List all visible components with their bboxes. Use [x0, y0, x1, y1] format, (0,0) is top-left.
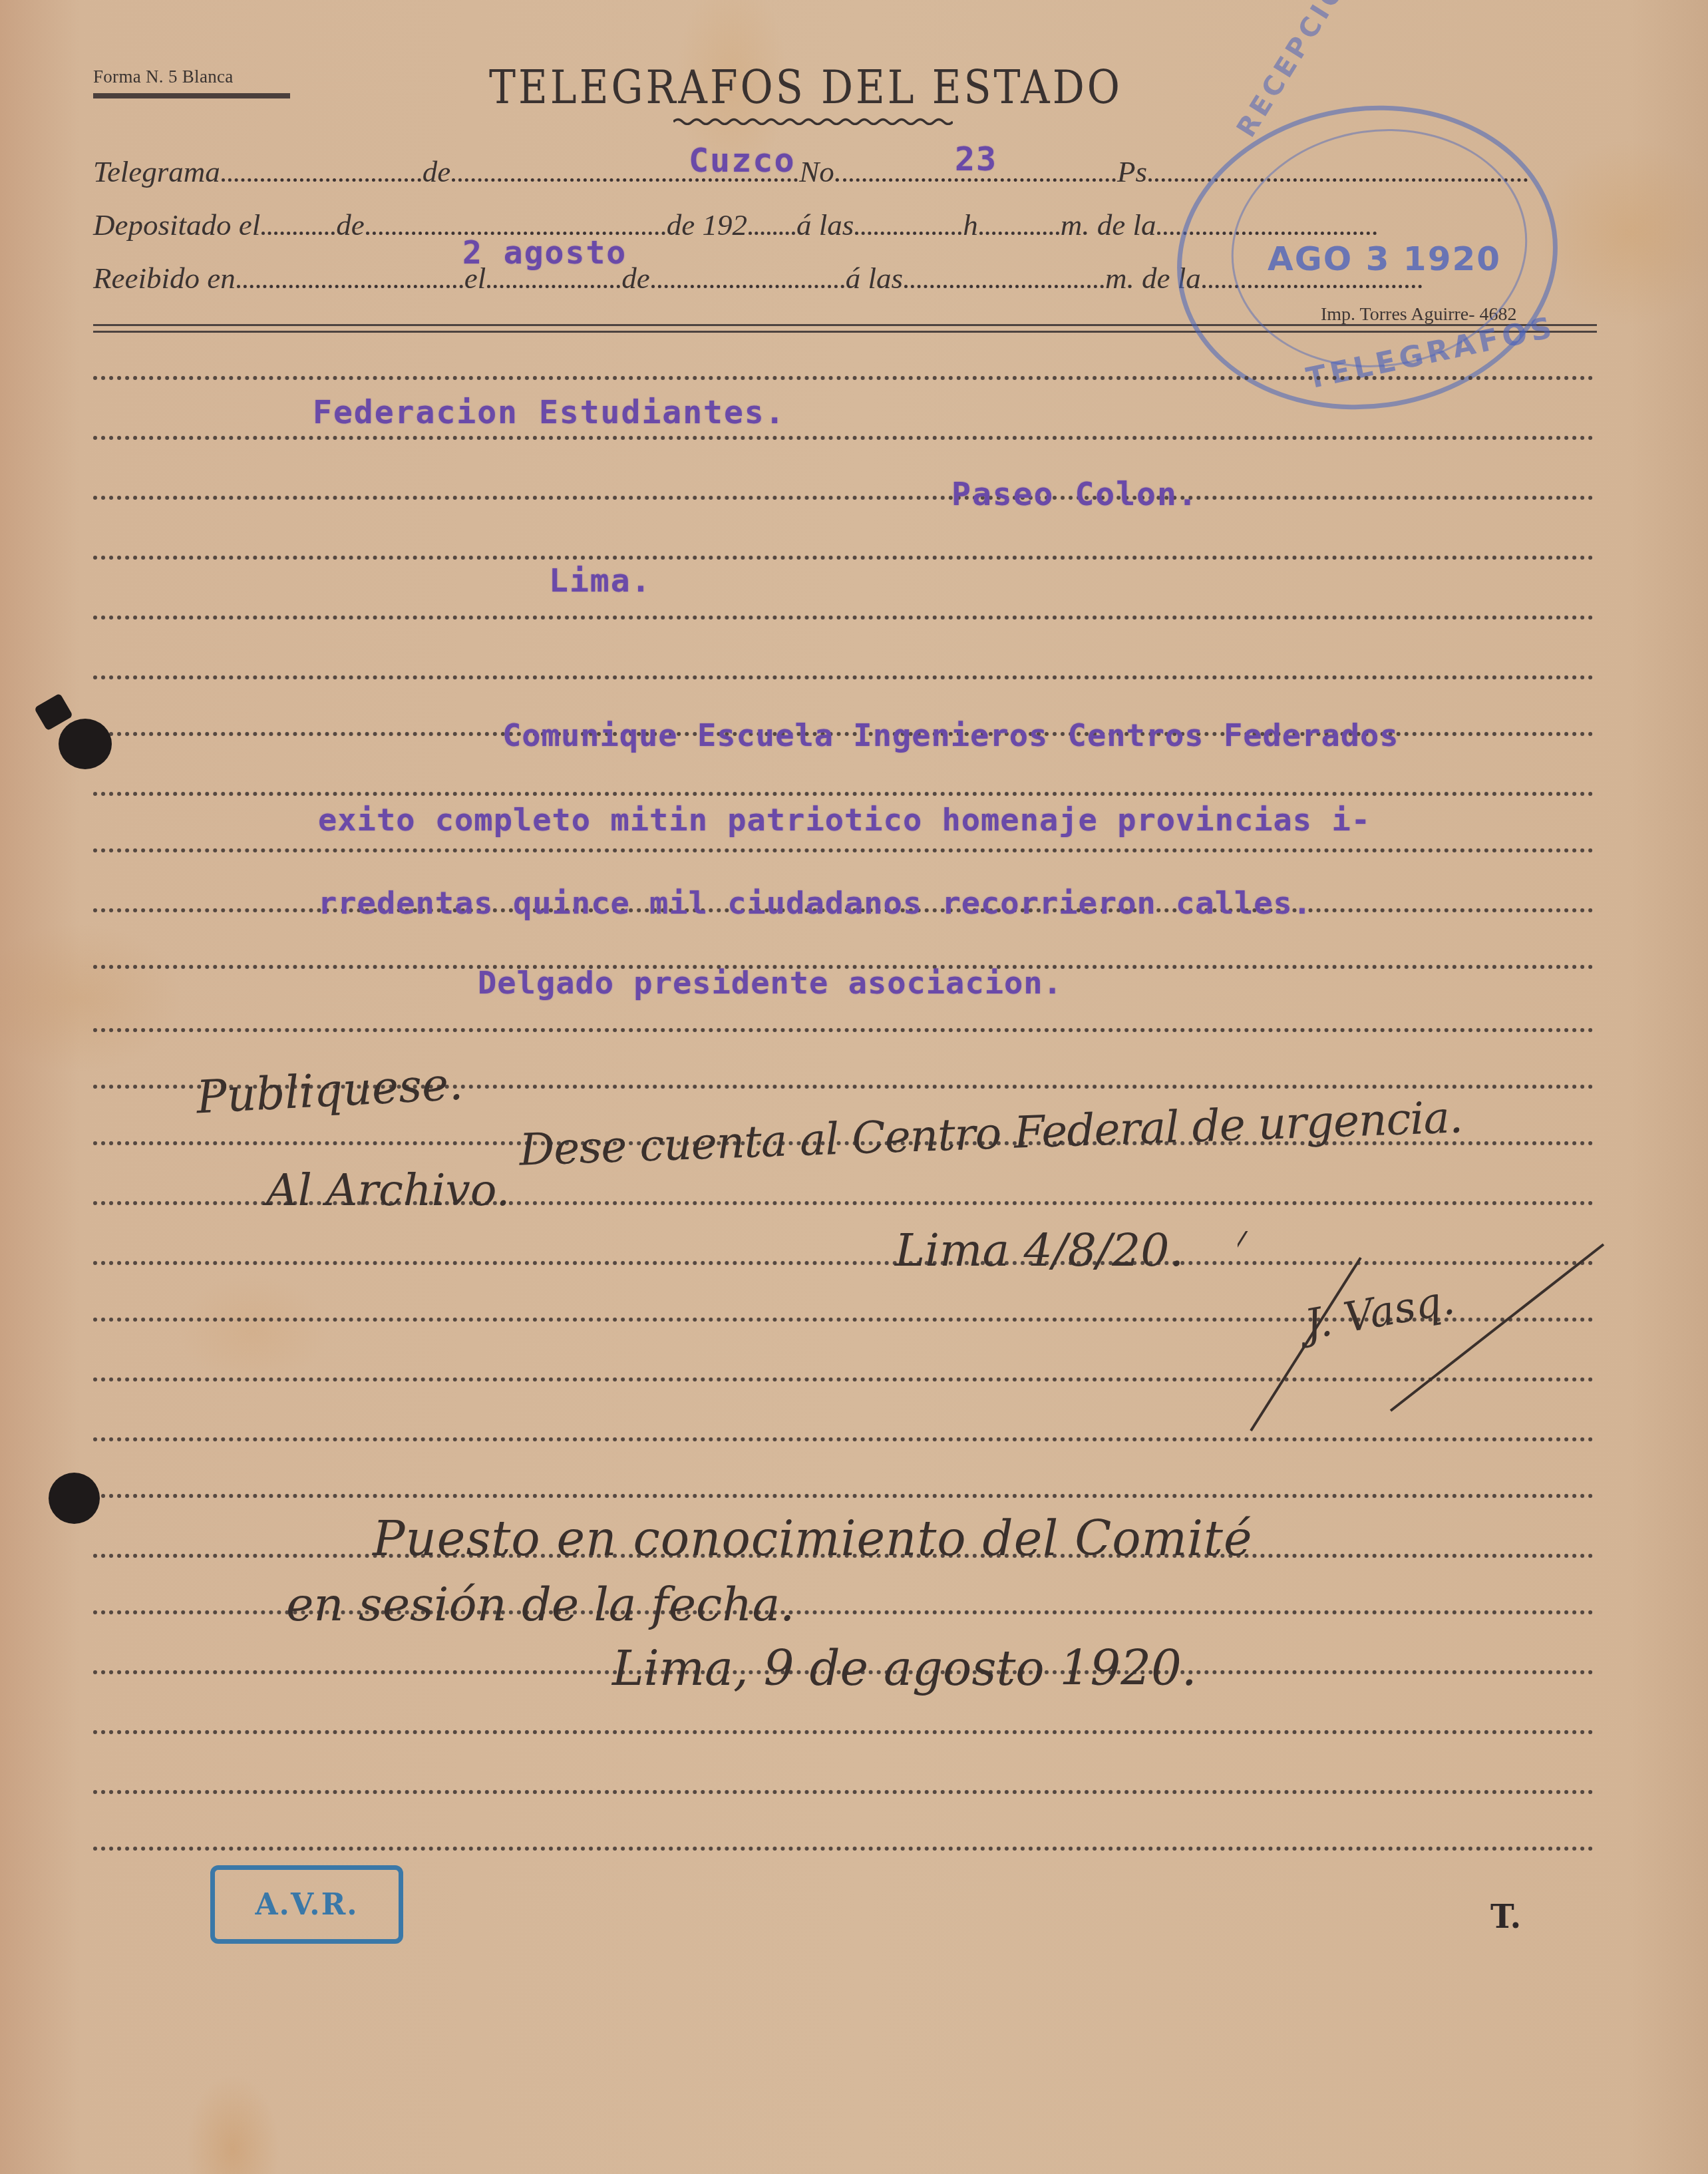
handwritten-committee-note: Puesto en conocimiento del Comité	[373, 1511, 1253, 1566]
dotted-rule	[93, 1028, 1594, 1032]
title-wavy-rule	[673, 116, 953, 125]
de-192-label: de 192	[667, 208, 747, 242]
handwritten-session-note: en sesión de la fecha.	[286, 1577, 794, 1632]
recipient: Federacion Estudiantes.	[313, 394, 786, 431]
recipient-city: Lima.	[549, 562, 652, 600]
handwritten-date-2: Lima, 9 de agosto 1920.	[612, 1640, 1197, 1696]
punch-hole-top	[59, 719, 112, 769]
de-label: de	[621, 262, 649, 295]
message-signature: Delgado presidente asociacion.	[478, 965, 1063, 1001]
depositado-label: Depositado el	[93, 208, 260, 242]
form-code: Forma N. 5 Blanca	[93, 67, 234, 87]
dotted-rule	[93, 436, 1594, 440]
no-label: No.	[799, 155, 842, 188]
form-title: TELEGRAFOS DEL ESTADO	[489, 61, 1122, 115]
dotted-rule	[93, 556, 1594, 560]
el-label: el	[464, 262, 486, 295]
de-label: de	[336, 208, 364, 242]
origin-field: Cuzco	[689, 141, 796, 180]
message-line-3: rredentas quince mil ciudadanos recorrie…	[318, 885, 1312, 922]
message-line-2: exito completo mitin patriotico homenaje…	[318, 802, 1371, 838]
message-line-1: Comunique Escuela Ingenieros Centros Fed…	[502, 717, 1399, 754]
dotted-rule	[93, 1847, 1594, 1851]
recipient-address: Paseo Colon.	[951, 476, 1198, 513]
telegram-number-field: 23	[955, 140, 997, 178]
handwritten-instruction: Dese cuenta al Centro Federal de urgenci…	[518, 1091, 1463, 1175]
dotted-rule	[93, 675, 1594, 679]
avr-box-stamp: A.V.R.	[210, 1865, 403, 1944]
dotted-rule	[93, 1494, 1594, 1498]
postmark-date: AGO 3 1920	[1268, 240, 1501, 278]
handwritten-archive: Al Archivo.	[266, 1165, 510, 1216]
de-label: de	[423, 155, 450, 188]
telegram-sheet: Forma N. 5 Blanca TELEGRAFOS DEL ESTADO …	[0, 0, 1708, 2174]
a-las-label: á las	[796, 208, 854, 242]
form-code-underline	[93, 93, 290, 98]
dotted-rule	[93, 1730, 1594, 1734]
handwritten-date-1: Lima 4/8/20.	[895, 1224, 1184, 1277]
telegrama-label: Telegrama	[93, 155, 220, 188]
dotted-rule	[93, 376, 1594, 380]
recibido-label: Reeibido en	[93, 262, 236, 295]
a-las-label: á las	[846, 262, 903, 295]
handwritten-publiquese: Publiquese.	[195, 1058, 464, 1125]
dotted-rule	[93, 496, 1594, 500]
footer-t-mark: T.	[1490, 1899, 1521, 1936]
m-de-la-label: m. de la	[1061, 208, 1156, 242]
signature-strokes	[1238, 1231, 1610, 1444]
dotted-rule	[93, 848, 1594, 852]
ps-label: Ps	[1117, 155, 1147, 188]
h-label: h	[963, 208, 978, 242]
dotted-rule	[93, 616, 1594, 620]
dotted-rule	[93, 1790, 1594, 1794]
punch-hole-bottom	[49, 1473, 100, 1524]
dotted-rule	[93, 792, 1594, 796]
